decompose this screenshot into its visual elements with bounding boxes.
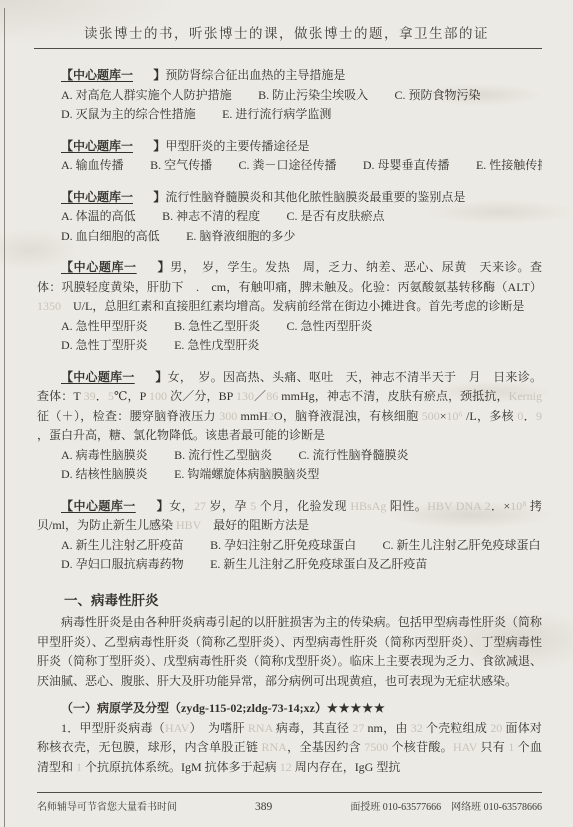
answer-option: B. 孕妇注射乙肝免疫球蛋白 xyxy=(210,536,356,556)
faded-scan-text: 1350 xyxy=(37,299,61,313)
answer-option: D. 灭鼠为主的综合性措施 xyxy=(61,105,196,125)
answer-option: B. 防止污染尘埃吸入 xyxy=(258,86,368,106)
answer-option: E. 性接触传播 xyxy=(476,156,542,176)
option-row: A. 急性甲型肝炎B. 急性乙型肝炎C. 急性丙型肝炎 xyxy=(61,317,542,337)
body-text: 1．甲型肝炎病毒（ xyxy=(61,721,165,735)
faded-scan-text: 10⁶ xyxy=(447,409,463,423)
body-text: 女， xyxy=(169,499,194,513)
header-slogan: 读张博士的书，听张博士的课，做张博士的题，拿卫生部的证 xyxy=(0,0,573,42)
body-text: nm，由 xyxy=(364,721,410,735)
importance-stars: ★★★★★ xyxy=(327,701,386,715)
answer-option: A. 体温的高低 xyxy=(61,207,136,227)
faded-scan-text: RNA xyxy=(248,721,273,735)
footer-left-text: 名师辅导可节省您大量看书时间 xyxy=(37,798,177,813)
question-bank-tag: 【中心题库一 xyxy=(61,370,135,384)
body-text: mmHg，神志不清，皮肤有瘀点，颈抵抗， xyxy=(278,389,508,403)
question-stem: 【中心题库一】预防肾综合征出血热的主导措施是 xyxy=(37,66,542,86)
question-block-3: 【中心题库一】流行性脑脊髓膜炎和其他化脓性脑膜炎最重要的鉴别点是 A. 体温的高… xyxy=(37,188,542,247)
question-bank-tag: 【中心题库一 xyxy=(61,68,133,82)
question-block-5: 【中心题库一】女， 岁。因高热、头痛、呕吐 天，神志不清半天于 月 日来诊。查体… xyxy=(37,368,542,485)
answer-option: E. 急性戊型肝炎 xyxy=(174,336,259,356)
faded-scan-text: HBV DNA 2 xyxy=(427,499,490,513)
faded-scan-text: 86 xyxy=(266,389,278,403)
body-text: × xyxy=(440,409,447,423)
body-text: 甲型肝炎的主要传播途径是 xyxy=(165,139,309,153)
body-text: 征（＋），检查：腰穿脑脊液压力 xyxy=(37,409,219,423)
body-text: ，全基因约含 xyxy=(287,740,364,754)
question-stem: 【中心题库一】女， 岁。因高热、头痛、呕吐 天，神志不清半天于 月 日来诊。查体… xyxy=(37,368,542,446)
body-text: 最好的阻断方法是 xyxy=(201,518,309,532)
body-text: ） 为嗜肝 xyxy=(189,721,248,735)
faded-scan-text: Kernig xyxy=(509,389,542,403)
answer-option: B. 急性乙型肝炎 xyxy=(174,317,260,337)
page-content: 【中心题库一】预防肾综合征出血热的主导措施是 A. 对高危人群实施个人防护措施B… xyxy=(37,66,542,789)
section-intro-paragraph: 病毒性肝炎是由各种肝炎病毒引起的以肝脏损害为主的传染病。包括甲型病毒性肝炎（简称… xyxy=(37,613,542,691)
answer-option: D. 急性丁型肝炎 xyxy=(61,336,148,356)
body-text: 预防肾综合征出血热的主导措施是 xyxy=(165,68,345,82)
faded-scan-text: 32 xyxy=(411,721,423,735)
options: A. 病毒性脑膜炎B. 流行性乙型脑炎C. 流行性脑脊髓膜炎D. 结核性脑膜炎E… xyxy=(61,446,542,485)
faded-scan-text: HBV xyxy=(176,518,201,532)
question-bank-tag: 【中心题库一 xyxy=(61,260,137,274)
option-row: A. 新生儿注射乙肝疫苗B. 孕妇注射乙肝免疫球蛋白C. 新生儿注射乙肝免疫球蛋… xyxy=(61,536,542,556)
question-stem: 【中心题库一】甲型肝炎的主要传播途径是 xyxy=(37,137,542,157)
answer-option: D. 结核性脑膜炎 xyxy=(61,465,148,485)
answer-option: E. 进行流行病学监测 xyxy=(222,105,331,125)
answer-option: D. 血白细胞的高低 xyxy=(61,227,160,247)
answer-option: D. 孕妇口服抗病毒药物 xyxy=(61,555,184,575)
option-row: A. 病毒性脑膜炎B. 流行性乙型脑炎C. 流行性脑脊髓膜炎 xyxy=(61,446,542,466)
faded-scan-text: 300 xyxy=(219,409,237,423)
question-block-1: 【中心题库一】预防肾综合征出血热的主导措施是 A. 对高危人群实施个人防护措施B… xyxy=(37,66,542,125)
faded-scan-text: 100 xyxy=(149,389,167,403)
option-row: A. 对高危人群实施个人防护措施B. 防止污染尘埃吸入C. 预防食物污染 xyxy=(61,86,542,106)
answer-option: C. 流行性脑脊髓膜炎 xyxy=(298,446,408,466)
option-row: A. 输血传播B. 空气传播C. 粪－口途径传播D. 母婴垂直传播E. 性接触传… xyxy=(61,156,542,176)
question-bracket: 】 xyxy=(155,370,168,384)
faded-scan-text: HAV xyxy=(453,740,477,754)
options: A. 体温的高低B. 神志不清的程度C. 是否有皮肤瘀点D. 血白细胞的高低E.… xyxy=(61,207,542,246)
question-bank-tag: 【中心题库一 xyxy=(61,499,136,513)
body-text: 个月，化验发现 xyxy=(256,499,350,513)
stem-text: 甲型肝炎的主要传播途径是 xyxy=(165,139,309,153)
question-bracket: 】 xyxy=(156,499,169,513)
options: A. 急性甲型肝炎B. 急性乙型肝炎C. 急性丙型肝炎D. 急性丁型肝炎E. 急… xyxy=(61,317,542,356)
body-text: 个核苷酸。 xyxy=(388,740,453,754)
stem-text: 预防肾综合征出血热的主导措施是 xyxy=(165,68,345,82)
faded-scan-text: 12 xyxy=(280,760,292,774)
question-bracket: 】 xyxy=(153,190,165,204)
answer-option: A. 急性甲型肝炎 xyxy=(61,317,148,337)
body-text: ．× xyxy=(491,499,511,513)
scanned-book-page: 读张博士的书，听张博士的课，做张博士的题，拿卫生部的证 【中心题库一】预防肾综合… xyxy=(0,0,573,827)
page-footer: 名师辅导可节省您大量看书时间 389 面授班 010-63577666 网络班 … xyxy=(37,792,542,813)
answer-option: A. 病毒性脑膜炎 xyxy=(61,446,148,466)
body-text: ． xyxy=(96,389,108,403)
options: A. 对高危人群实施个人防护措施B. 防止污染尘埃吸入C. 预防食物污染D. 灭… xyxy=(61,86,542,125)
answer-option: A. 输血传播 xyxy=(61,156,124,176)
question-bracket: 】 xyxy=(157,260,170,274)
answer-option: A. 新生儿注射乙肝疫苗 xyxy=(61,536,184,556)
option-row: D. 灭鼠为主的综合性措施E. 进行流行病学监测 xyxy=(61,105,542,125)
answer-option: C. 新生儿注射乙肝免疫球蛋白 xyxy=(382,536,540,556)
faded-scan-text: 20 xyxy=(490,721,502,735)
hav-paragraph: 1．甲型肝炎病毒（HAV） 为嗜肝 RNA 病毒，其直径 27 nm，由 32 … xyxy=(37,719,542,778)
options: A. 输血传播B. 空气传播C. 粪－口途径传播D. 母婴垂直传播E. 性接触传… xyxy=(61,156,542,176)
body-text: ． xyxy=(523,409,536,423)
option-row: A. 体温的高低B. 神志不清的程度C. 是否有皮肤瘀点 xyxy=(61,207,542,227)
answer-option: C. 急性丙型肝炎 xyxy=(286,317,372,337)
body-text: 个抗原抗体系统。IgM 抗体多于起病 xyxy=(82,760,280,774)
answer-option: A. 对高危人群实施个人防护措施 xyxy=(61,86,232,106)
body-text: ／ xyxy=(254,389,266,403)
question-bracket: 】 xyxy=(153,68,165,82)
header-rule xyxy=(34,48,542,49)
faded-scan-text: HBsAg xyxy=(350,499,386,513)
scan-left-edge-line xyxy=(4,8,5,827)
question-stem: 【中心题库一】女，27 岁，孕 5 个月，化验发现 HBsAg 阳性。HBV D… xyxy=(37,497,542,536)
body-text: ℃，P xyxy=(114,389,149,403)
faded-scan-text: HAV xyxy=(165,721,189,735)
option-row: D. 孕妇口服抗病毒药物E. 新生儿注射乙肝免疫球蛋白及乙肝疫苗 xyxy=(61,555,542,575)
answer-option: D. 母婴垂直传播 xyxy=(363,156,450,176)
body-text: 岁，孕 xyxy=(206,499,250,513)
body-text: /L，多核 xyxy=(463,409,518,423)
answer-option: C. 预防食物污染 xyxy=(394,86,480,106)
subsection-title-text: （一）病原学及分型（zydg-115-02;zldg-73-14;xz） xyxy=(61,701,327,715)
answer-option: C. 是否有皮肤瘀点 xyxy=(286,207,384,227)
question-stem: 【中心题库一】流行性脑脊髓膜炎和其他化脓性脑膜炎最重要的鉴别点是 xyxy=(37,188,542,208)
faded-scan-text: 27 xyxy=(194,499,206,513)
faded-scan-text: RNA xyxy=(262,740,287,754)
options: A. 新生儿注射乙肝疫苗B. 孕妇注射乙肝免疫球蛋白C. 新生儿注射乙肝免疫球蛋… xyxy=(61,536,542,575)
faded-scan-text: 27 xyxy=(352,721,364,735)
faded-scan-text: 7500 xyxy=(364,740,388,754)
answer-option: B. 神志不清的程度 xyxy=(162,207,260,227)
body-text: 个壳粒组成 xyxy=(423,721,491,735)
subsection-title: （一）病原学及分型（zydg-115-02;zldg-73-14;xz）★★★★… xyxy=(61,699,542,719)
question-block-4: 【中心题库一】男， 岁，学生。发热 周，乏力、纳差、恶心、尿黄 天来诊。查体：巩… xyxy=(37,258,542,356)
body-text: O，脑脊液混浊，有核细胞 xyxy=(274,409,422,423)
page-number: 389 xyxy=(255,801,272,813)
answer-option: B. 空气传播 xyxy=(150,156,212,176)
question-bank-tag: 【中心题库一 xyxy=(61,139,133,153)
faded-scan-text: 500 xyxy=(422,409,440,423)
body-text: 流行性脑脊髓膜炎和其他化脓性脑膜炎最重要的鉴别点是 xyxy=(165,190,465,204)
question-stem: 【中心题库一】男， 岁，学生。发热 周，乏力、纳差、恶心、尿黄 天来诊。查体：巩… xyxy=(37,258,542,317)
faded-scan-text: 39 xyxy=(84,389,96,403)
question-block-6: 【中心题库一】女，27 岁，孕 5 个月，化验发现 HBsAg 阳性。HBV D… xyxy=(37,497,542,575)
question-bank-tag: 【中心题库一 xyxy=(61,190,133,204)
body-text: U/L，总胆红素和直接胆红素均增高。发病前经常在街边小摊进食。首先考虑的诊断是 xyxy=(61,299,524,313)
body-text: 周内存在，IgG 型抗 xyxy=(292,760,401,774)
answer-option: E. 脑脊液细胞的多少 xyxy=(186,227,295,247)
answer-option: C. 粪－口途径传播 xyxy=(238,156,336,176)
answer-option: E. 新生儿注射乙肝免疫球蛋白及乙肝疫苗 xyxy=(210,555,427,575)
body-text: 病毒，其直径 xyxy=(273,721,353,735)
body-text: 只有 xyxy=(477,740,508,754)
question-bracket: 】 xyxy=(153,139,165,153)
faded-scan-text: 9 xyxy=(536,409,542,423)
option-row: D. 血白细胞的高低E. 脑脊液细胞的多少 xyxy=(61,227,542,247)
faded-scan-text: 10⁸ xyxy=(510,499,526,513)
option-row: D. 急性丁型肝炎E. 急性戊型肝炎 xyxy=(61,336,542,356)
body-text: ，蛋白升高，糖、氯化物降低。该患者最可能的诊断是 xyxy=(37,428,325,442)
footer-right-text: 面授班 010-63577666 网络班 010-63578666 xyxy=(350,798,542,813)
body-text: 阳性。 xyxy=(386,499,427,513)
question-block-2: 【中心题库一】甲型肝炎的主要传播途径是 A. 输血传播B. 空气传播C. 粪－口… xyxy=(37,137,542,176)
option-row: D. 结核性脑膜炎E. 钩端螺旋体病脑膜脑炎型 xyxy=(61,465,542,485)
faded-scan-text: 130 xyxy=(236,389,254,403)
section-title: 一、病毒性肝炎 xyxy=(64,591,542,611)
answer-option: B. 流行性乙型脑炎 xyxy=(174,446,272,466)
body-text: mmH xyxy=(237,409,268,423)
body-text: 次／分，BP xyxy=(167,389,236,403)
answer-option: E. 钩端螺旋体病脑膜脑炎型 xyxy=(174,465,319,485)
stem-text: 流行性脑脊髓膜炎和其他化脓性脑膜炎最重要的鉴别点是 xyxy=(165,190,465,204)
